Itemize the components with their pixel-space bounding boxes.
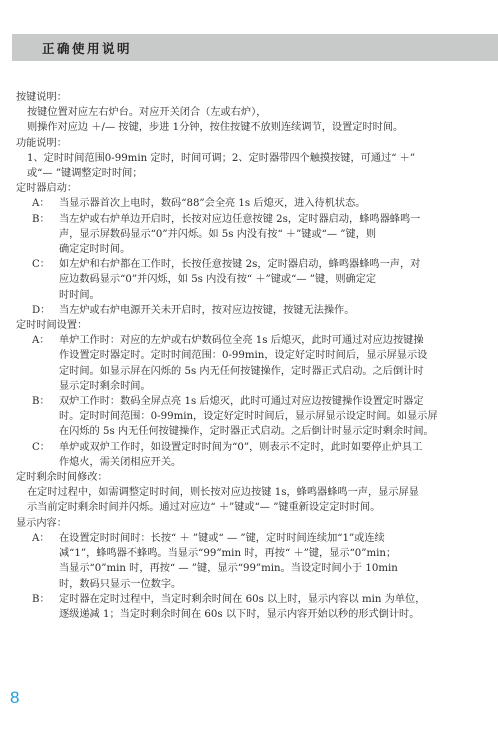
item-line: 时，数码只显示一位数字。 <box>59 577 486 592</box>
item-line: 双炉工作时：数码全屏点亮 1s 后熄灭，此时可通过对应边按键操作设置定时器定 <box>59 394 486 409</box>
item-label: D： <box>32 303 50 318</box>
item-line: 当左炉或右炉电源开关未开启时，按对应边按键，按键无法操作。 <box>59 303 486 318</box>
page-number: 8 <box>10 688 19 708</box>
paragraph: 或“— ”键调整定时时间； <box>16 166 486 181</box>
item-label: C： <box>32 440 50 455</box>
item-label: B： <box>32 212 50 227</box>
item-line: 时时间。 <box>59 288 486 303</box>
item-label: A： <box>32 333 50 348</box>
item-line: 作熄火，需关闭相应开关。 <box>59 455 486 470</box>
paragraph: 则操作对应边 ＋/— 按键，步进 1分钟，按住按键不放则连续调节，设置定时时间。 <box>16 120 486 135</box>
list-item: D： 当左炉或右炉电源开关未开启时，按对应边按键，按键无法操作。 <box>16 303 486 318</box>
item-line: 作设置定时器定时。定时时间范围：0-99min，设定好定时时间后，显示屏显示设 <box>59 348 486 363</box>
document-body: 按键说明： 按键位置对应左右炉台。对应开关闭合（左或右炉）， 则操作对应边 ＋/… <box>16 90 486 622</box>
list-item: C： 单炉或双炉工作时，如设置定时时间为“0”，则表示不定时，此时如要停止炉具工… <box>16 440 486 470</box>
section-title-timer-start: 定时器启动： <box>16 181 486 196</box>
item-label: C： <box>32 257 50 272</box>
list-item: B： 双炉工作时：数码全屏点亮 1s 后熄灭，此时可通过对应边按键操作设置定时器… <box>16 394 486 440</box>
section-title-display-content: 显示内容： <box>16 516 486 531</box>
list-item: B： 定时器在定时过程中，当定时剩余时间在 60s 以上时，显示内容以 min … <box>16 592 486 622</box>
item-line: 定时间。如显示屏在闪烁的 5s 内无任何按键操作，定时器正式启动。之后倒计时 <box>59 364 486 379</box>
item-line: 在设置定时时间时：长按“ ＋ ”键或“ — ”键，定时时间连续加“1”或连续 <box>59 531 486 546</box>
section-title-remaining-time-modify: 定时剩余时间修改： <box>16 470 486 485</box>
section-title-function-description: 功能说明： <box>16 136 486 151</box>
list-item: C： 如左炉和右炉都在工作时，长按任意按键 2s，定时器启动，蜂鸣器蜂鸣一声，对… <box>16 257 486 303</box>
item-line: 声，显示屏数码显示“0”并闪烁。如 5s 内没有按“ ＋”键或“— ”键，则 <box>59 227 486 242</box>
item-label: A： <box>32 196 50 211</box>
item-line: 当显示器首次上电时，数码“88”会全亮 1s 后熄灭，进入待机状态。 <box>59 196 486 211</box>
section-header-bar: 正确使用说明 <box>12 34 498 61</box>
item-line: 确定定时时间。 <box>59 242 486 257</box>
section-title-timer-setting: 定时时间设置： <box>16 318 486 333</box>
item-line: 逐级递减 1；当定时剩余时间在 60s 以下时，显示内容开始以秒的形式倒计时。 <box>59 607 486 622</box>
item-line: 单炉或双炉工作时，如设置定时时间为“0”，则表示不定时，此时如要停止炉具工 <box>59 440 486 455</box>
list-item: A： 当显示器首次上电时，数码“88”会全亮 1s 后熄灭，进入待机状态。 <box>16 196 486 211</box>
item-line: 显示定时剩余时间。 <box>59 379 486 394</box>
page-title: 正确使用说明 <box>42 39 132 57</box>
paragraph: 1、定时时间范围0-99min 定时，时间可调；2、定时器带四个触摸按键，可通过… <box>16 151 486 166</box>
list-item: A： 单炉工作时：对应的左炉或右炉数码位全亮 1s 后熄灭，此时可通过对应边按键… <box>16 333 486 394</box>
list-item: A： 在设置定时时间时：长按“ ＋ ”键或“ — ”键，定时时间连续加“1”或连… <box>16 531 486 592</box>
item-label: B： <box>32 394 50 409</box>
item-label: B： <box>32 592 50 607</box>
list-item: B： 当左炉或右炉单边开启时，长按对应边任意按键 2s，定时器启动，蜂鸣器蜂鸣一… <box>16 212 486 258</box>
item-line: 减“1”，蜂鸣器不蜂鸣。当显示“99”min 时，再按“ ＋”键，显示“0”mi… <box>59 546 486 561</box>
item-line: 单炉工作时：对应的左炉或右炉数码位全亮 1s 后熄灭，此时可通过对应边按键操 <box>59 333 486 348</box>
item-line: 当显示“0”min 时，再按“ — ”键，显示“99”min。当设定时间小于 1… <box>59 561 486 576</box>
section-title-key-description: 按键说明： <box>16 90 486 105</box>
item-line: 如左炉和右炉都在工作时，长按任意按键 2s，定时器启动，蜂鸣器蜂鸣一声，对 <box>59 257 486 272</box>
item-label: A： <box>32 531 50 546</box>
paragraph: 按键位置对应左右炉台。对应开关闭合（左或右炉）， <box>16 105 486 120</box>
item-line: 当左炉或右炉单边开启时，长按对应边任意按键 2s，定时器启动，蜂鸣器蜂鸣一 <box>59 212 486 227</box>
item-line: 时。定时时间范围：0-99min，设定好定时时间后，显示屏显示设定时间。如显示屏 <box>59 409 486 424</box>
item-line: 应边数码显示“0”并闪烁，如 5s 内没有按“ ＋”键或“— ”键，则确定定 <box>59 272 486 287</box>
paragraph: 示当前定时剩余时间并闪烁。通过对应边“ ＋”键或“— ”键重新设定定时时间。 <box>16 500 486 515</box>
item-line: 在闪烁的 5s 内无任何按键操作，定时器正式启动。之后倒计时显示定时剩余时间。 <box>59 424 486 439</box>
item-line: 定时器在定时过程中，当定时剩余时间在 60s 以上时，显示内容以 min 为单位… <box>59 592 486 607</box>
paragraph: 在定时过程中，如需调整定时时间，则长按对应边按键 1s，蜂鸣器蜂鸣一声，显示屏显 <box>16 485 486 500</box>
